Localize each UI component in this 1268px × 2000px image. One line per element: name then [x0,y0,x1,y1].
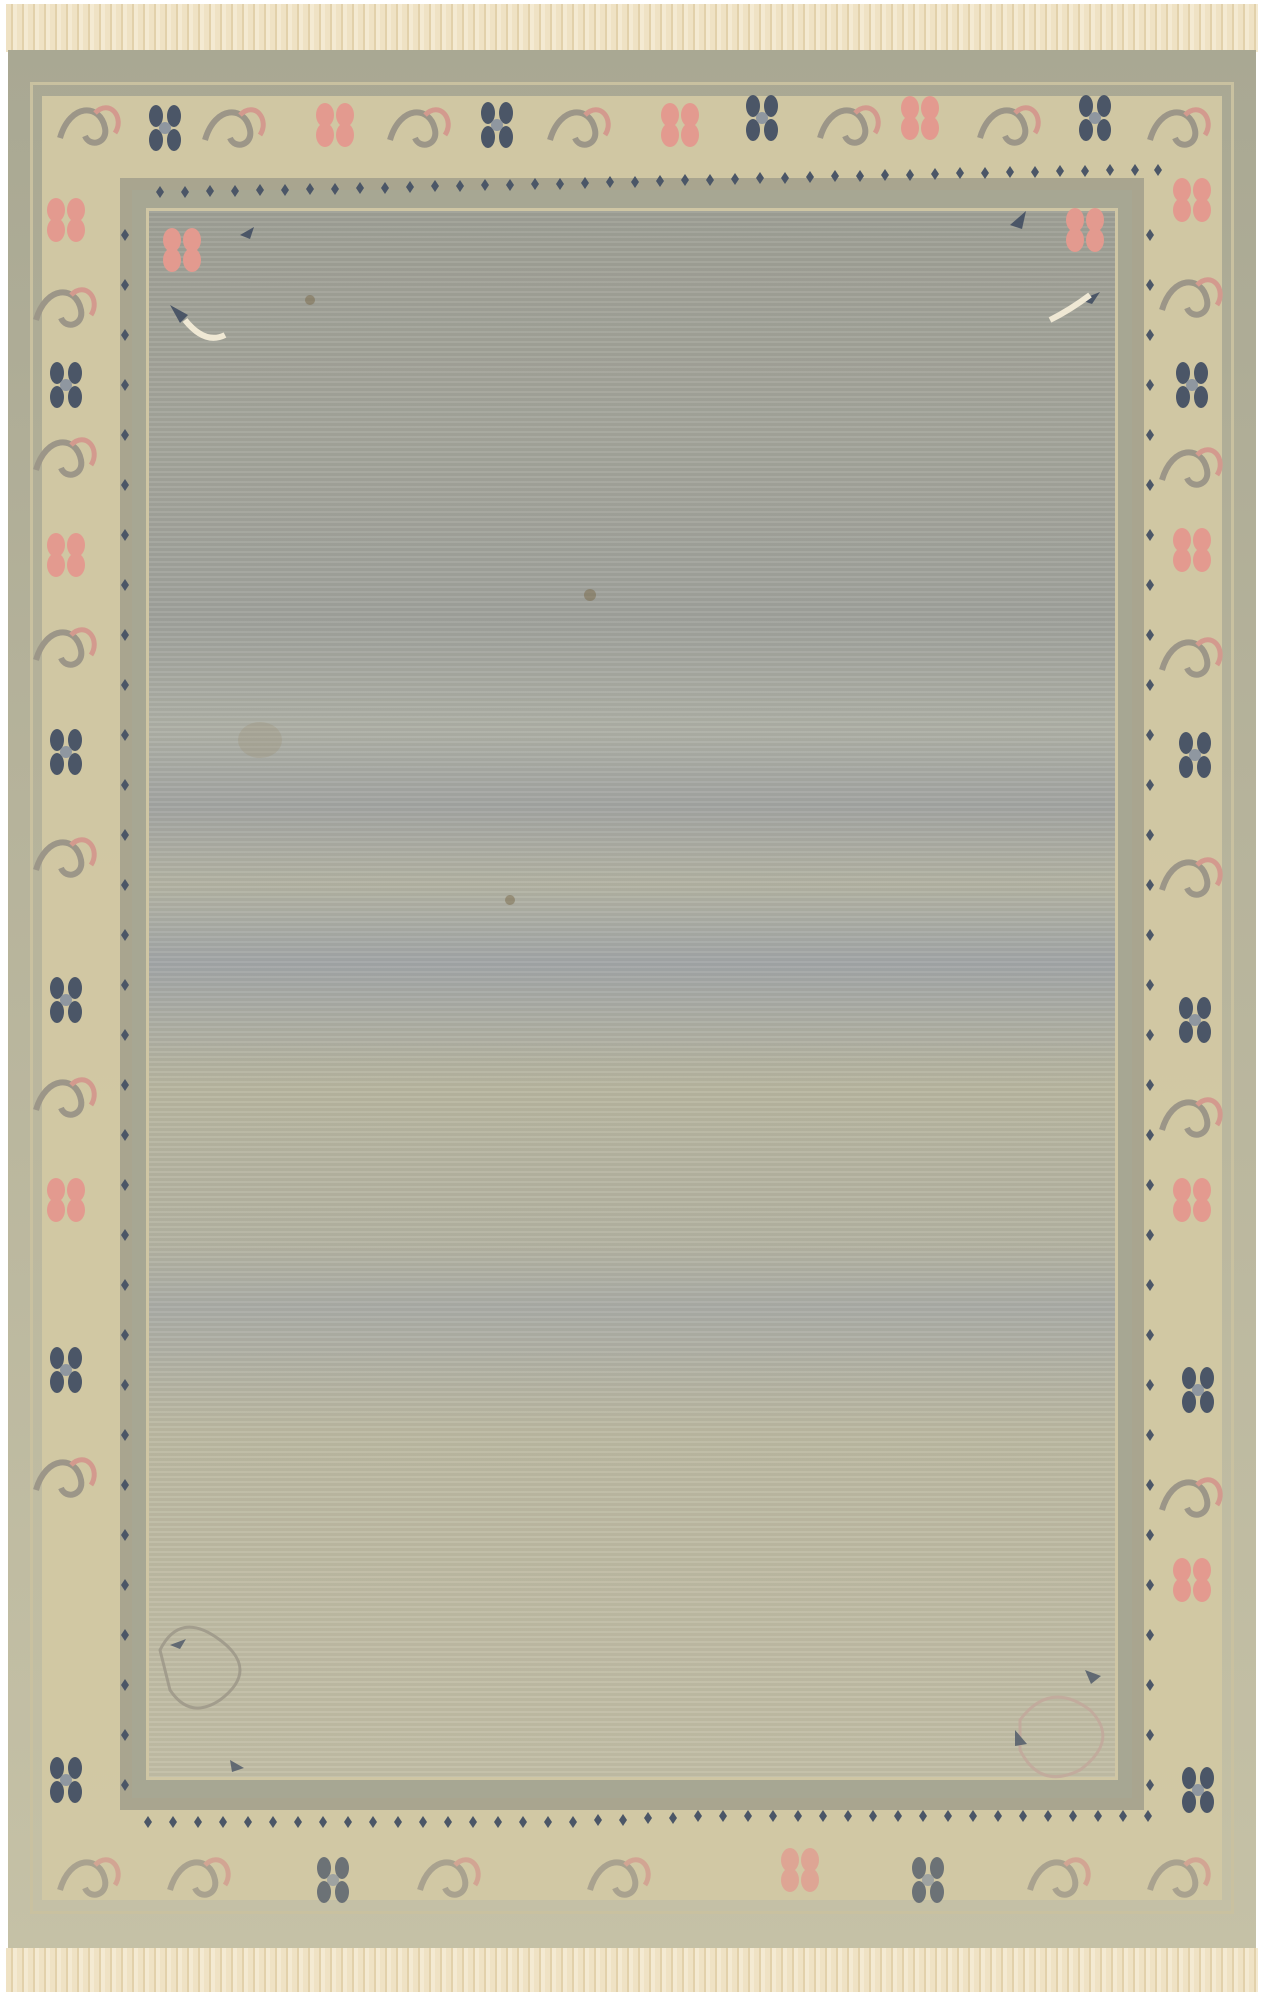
rug-motifs [0,0,1268,2000]
bottom-right-corner-motif [1015,1670,1103,1777]
top-border-motifs [60,95,1208,151]
dot-guard [121,164,1162,1828]
bottom-border-motifs [60,1848,1208,1903]
top-left-corner-motif [163,227,254,338]
field-stains [238,295,596,905]
top-right-corner-motif [1010,208,1104,320]
right-border-motifs [1162,178,1220,1813]
left-border-motifs [36,198,94,1803]
bottom-left-corner-motif [160,1627,244,1772]
